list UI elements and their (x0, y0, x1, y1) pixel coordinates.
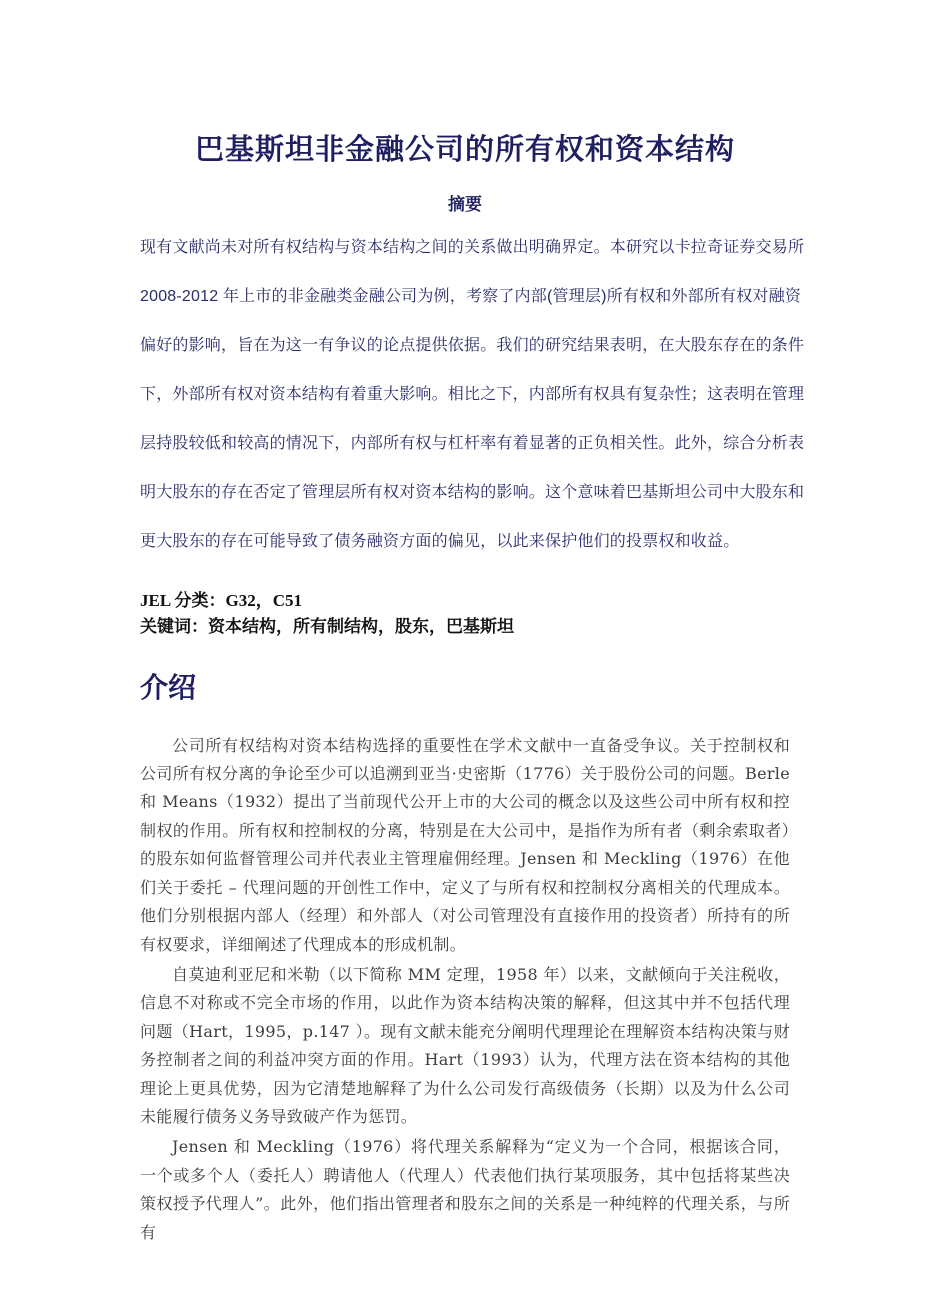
keywords: 关键词：资本结构，所有制结构，股东，巴基斯坦 (140, 614, 790, 640)
intro-paragraph: 自莫迪利亚尼和米勒（以下简称 MM 定理，1958 年）以来，文献倾向于关注税收… (140, 961, 790, 1131)
abstract-body: 现有文献尚未对所有权结构与资本结构之间的关系做出明确界定。本研究以卡拉奇证券交易… (140, 223, 790, 566)
abstract-line: 偏好的影响，旨在为这一有争议的论点提供依据。我们的研究结果表明，在大股东存在的条… (140, 321, 790, 370)
abstract-line: 明大股东的存在否定了管理层所有权对资本结构的影响。这个意味着巴基斯坦公司中大股东… (140, 468, 790, 517)
abstract-line: 现有文献尚未对所有权结构与资本结构之间的关系做出明确界定。本研究以卡拉奇证券交易… (140, 223, 790, 272)
abstract-line: 更大股东的存在可能导致了债务融资方面的偏见，以此来保护他们的投票权和收益。 (140, 517, 790, 566)
intro-paragraph: 公司所有权结构对资本结构选择的重要性在学术文献中一直备受争议。关于控制权和公司所… (140, 732, 790, 959)
classification-block: JEL 分类：G32，C51 关键词：资本结构，所有制结构，股东，巴基斯坦 (140, 588, 790, 640)
abstract-line: 下，外部所有权对资本结构有着重大影响。相比之下，内部所有权具有复杂性；这表明在管… (140, 370, 790, 419)
jel-classification: JEL 分类：G32，C51 (140, 588, 790, 614)
abstract-line: 2008-2012 年上市的非金融类金融公司为例，考察了内部(管理层)所有权和外… (140, 272, 790, 321)
abstract-line: 层持股较低和较高的情况下，内部所有权与杠杆率有着显著的正负相关性。此外，综合分析… (140, 419, 790, 468)
intro-paragraph: Jensen 和 Meckling（1976）将代理关系解释为“定义为一个合同，… (140, 1133, 790, 1247)
introduction-body: 公司所有权结构对资本结构选择的重要性在学术文献中一直备受争议。关于控制权和公司所… (140, 732, 790, 1247)
abstract-heading: 摘要 (140, 195, 790, 215)
document-page: 巴基斯坦非金融公司的所有权和资本结构 摘要 现有文献尚未对所有权结构与资本结构之… (0, 0, 926, 1309)
document-title: 巴基斯坦非金融公司的所有权和资本结构 (140, 131, 790, 169)
introduction-heading: 介绍 (140, 668, 790, 708)
